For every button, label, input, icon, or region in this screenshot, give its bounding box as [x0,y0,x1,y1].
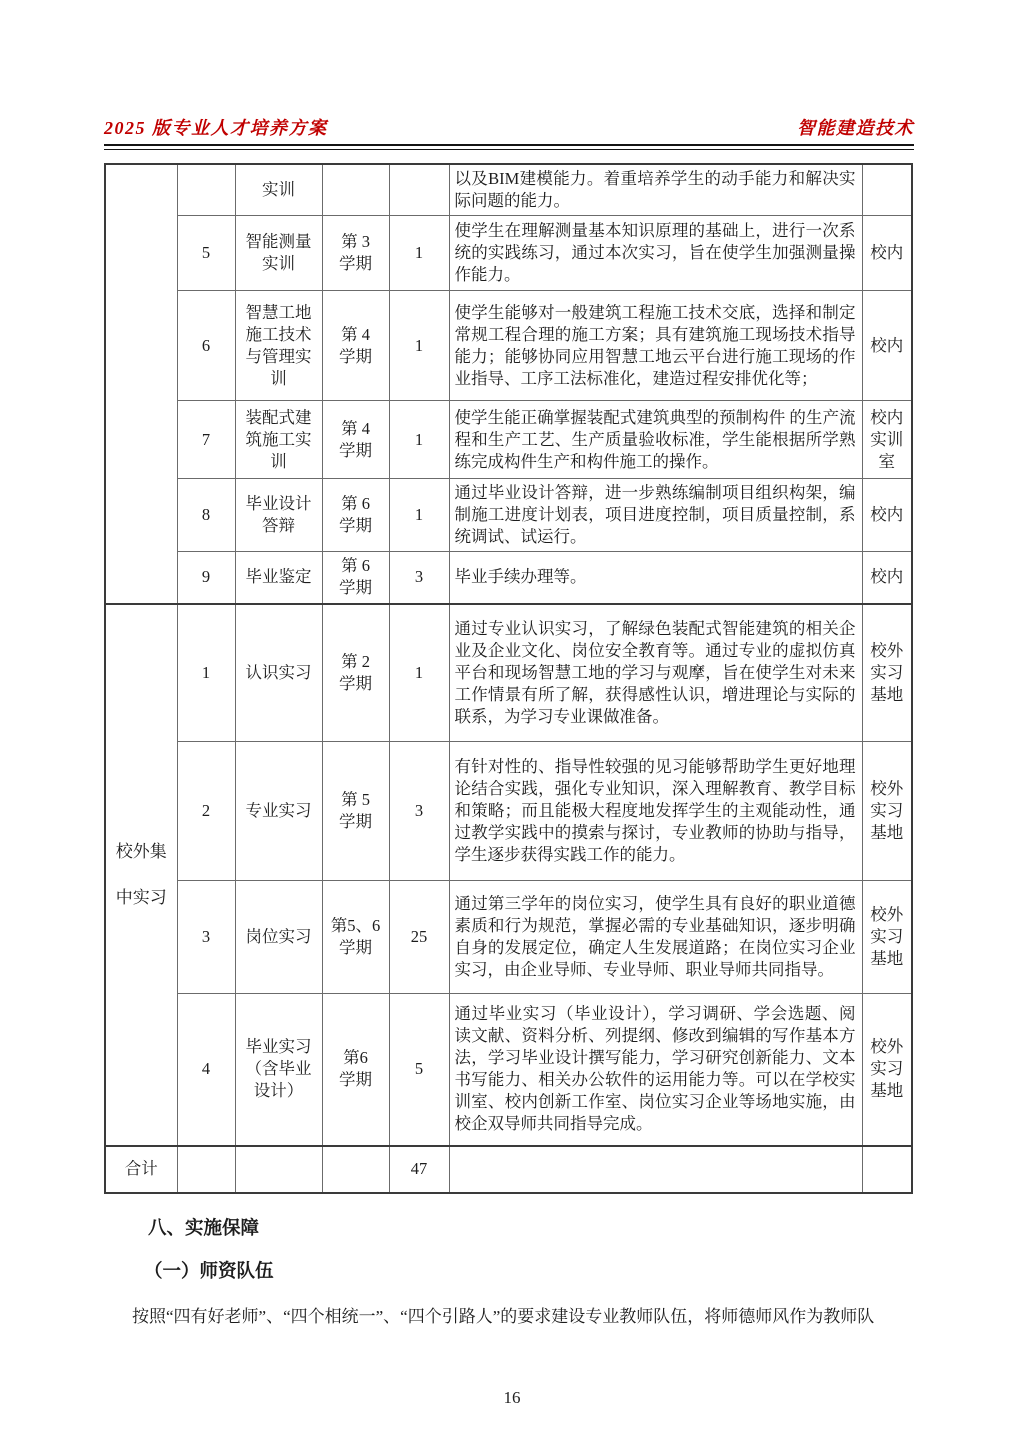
category-cell [105,164,177,604]
page-content: 2025 版专业人才培养方案 智能建造技术 实训 以及BIM建模能力。着重培养学… [104,0,911,1330]
cell-semester: 第 4 学期 [322,291,389,401]
cell-description: 使学生能够对一般建筑工程施工技术交底，选择和制定常规工程合理的施工方案；具有建筑… [449,291,862,401]
cell-location [862,1146,912,1193]
cell-semester: 第 6 学期 [322,479,389,552]
cell-semester: 第 6 学期 [322,552,389,604]
cell-location: 校内实训室 [862,401,912,479]
cell-course-name [235,1146,322,1193]
cell-course-name: 专业实习 [235,742,322,881]
section-heading-implementation: 八、实施保障 [148,1216,911,1240]
cell-course-name: 认识实习 [235,604,322,742]
page-header: 2025 版专业人才培养方案 智能建造技术 [104,116,914,140]
body-paragraph: 按照“四有好老师”、“四个相统一”、“四个引路人”的要求建设专业教师队伍，将师德… [132,1304,924,1330]
cell-location: 校外实习基地 [862,881,912,994]
cell-credits: 3 [389,552,449,604]
cell-description: 通过第三学年的岗位实习，使学生具有良好的职业道德素质和行为规范，掌握必需的专业基… [449,881,862,994]
cell-semester [322,1146,389,1193]
header-right-title: 智能建造技术 [797,116,914,140]
cell-course-name: 毕业实习（含毕业设计） [235,994,322,1146]
cell-location: 校内 [862,216,912,291]
table-row: 6 智慧工地施工技术与管理实训 第 4 学期 1 使学生能够对一般建筑工程施工技… [105,291,912,401]
cell-no: 5 [177,216,235,291]
cell-course-name: 岗位实习 [235,881,322,994]
table-row: 5 智能测量实训 第 3 学期 1 使学生在理解测量基本知识原理的基础上，进行一… [105,216,912,291]
total-credits: 47 [389,1146,449,1193]
cell-no: 8 [177,479,235,552]
practice-training-table: 实训 以及BIM建模能力。着重培养学生的动手能力和解决实际问题的能力。 5 智能… [104,163,913,1194]
cell-credits: 1 [389,479,449,552]
cell-credits: 5 [389,994,449,1146]
cell-semester [322,164,389,216]
cell-no [177,1146,235,1193]
cell-course-name: 装配式建筑施工实训 [235,401,322,479]
cell-description: 通过毕业实习（毕业设计），学习调研、学会选题、阅读文献、资料分析、列提纲、修改到… [449,994,862,1146]
table-total-row: 合计 47 [105,1146,912,1193]
header-left-title: 2025 版专业人才培养方案 [104,116,328,140]
table-row: 4 毕业实习（含毕业设计） 第6 学期 5 通过毕业实习（毕业设计），学习调研、… [105,994,912,1146]
category-cell: 校外集 中实习 [105,604,177,1146]
cell-description: 通过毕业设计答辩，进一步熟练编制项目组织构架，编制施工进度计划表，项目进度控制，… [449,479,862,552]
cell-description: 有针对性的、指导性较强的见习能够帮助学生更好地理论结合实践，强化专业知识，深入理… [449,742,862,881]
cell-no: 6 [177,291,235,401]
cell-credits: 25 [389,881,449,994]
cell-no: 2 [177,742,235,881]
page-number: 16 [0,1388,1024,1408]
table-row: 2 专业实习 第 5 学期 3 有针对性的、指导性较强的见习能够帮助学生更好地理… [105,742,912,881]
cell-semester: 第5、6 学期 [322,881,389,994]
table-row: 校外集 中实习 1 认识实习 第 2 学期 1 通过专业认识实习，了解绿色装配式… [105,604,912,742]
cell-credits: 1 [389,604,449,742]
cell-location: 校外实习基地 [862,604,912,742]
table-row: 实训 以及BIM建模能力。着重培养学生的动手能力和解决实际问题的能力。 [105,164,912,216]
cell-location [862,164,912,216]
cell-location: 校内 [862,291,912,401]
cell-course-name: 毕业鉴定 [235,552,322,604]
cell-semester: 第 4 学期 [322,401,389,479]
cell-credits: 1 [389,401,449,479]
cell-course-name: 智能测量实训 [235,216,322,291]
subsection-heading-faculty: （一）师资队伍 [144,1259,911,1283]
cell-description: 使学生能正确掌握装配式建筑典型的预制构件 的生产流程和生产工艺、生产质量验收标准… [449,401,862,479]
cell-description [449,1146,862,1193]
cell-description: 毕业手续办理等。 [449,552,862,604]
cell-no: 1 [177,604,235,742]
cell-location: 校外实习基地 [862,742,912,881]
cell-no: 7 [177,401,235,479]
cell-no: 9 [177,552,235,604]
cell-course-name: 智慧工地施工技术与管理实训 [235,291,322,401]
cell-credits: 1 [389,291,449,401]
cell-semester: 第6 学期 [322,994,389,1146]
cell-course-name: 实训 [235,164,322,216]
cell-description: 以及BIM建模能力。着重培养学生的动手能力和解决实际问题的能力。 [449,164,862,216]
cell-credits [389,164,449,216]
cell-description: 通过专业认识实习，了解绿色装配式智能建筑的相关企业及企业文化、岗位安全教育等。通… [449,604,862,742]
total-label: 合计 [105,1146,177,1193]
table-row: 7 装配式建筑施工实训 第 4 学期 1 使学生能正确掌握装配式建筑典型的预制构… [105,401,912,479]
header-double-rule [104,144,914,150]
cell-credits: 1 [389,216,449,291]
table-row: 3 岗位实习 第5、6 学期 25 通过第三学年的岗位实习，使学生具有良好的职业… [105,881,912,994]
cell-credits: 3 [389,742,449,881]
cell-semester: 第 5 学期 [322,742,389,881]
cell-location: 校内 [862,479,912,552]
cell-semester: 第 3 学期 [322,216,389,291]
cell-semester: 第 2 学期 [322,604,389,742]
cell-description: 使学生在理解测量基本知识原理的基础上，进行一次系统的实践练习，通过本次实习，旨在… [449,216,862,291]
table-row: 9 毕业鉴定 第 6 学期 3 毕业手续办理等。 校内 [105,552,912,604]
cell-location: 校外实习基地 [862,994,912,1146]
cell-no: 4 [177,994,235,1146]
cell-course-name: 毕业设计答辩 [235,479,322,552]
cell-no [177,164,235,216]
cell-no: 3 [177,881,235,994]
cell-location: 校内 [862,552,912,604]
table-row: 8 毕业设计答辩 第 6 学期 1 通过毕业设计答辩，进一步熟练编制项目组织构架… [105,479,912,552]
